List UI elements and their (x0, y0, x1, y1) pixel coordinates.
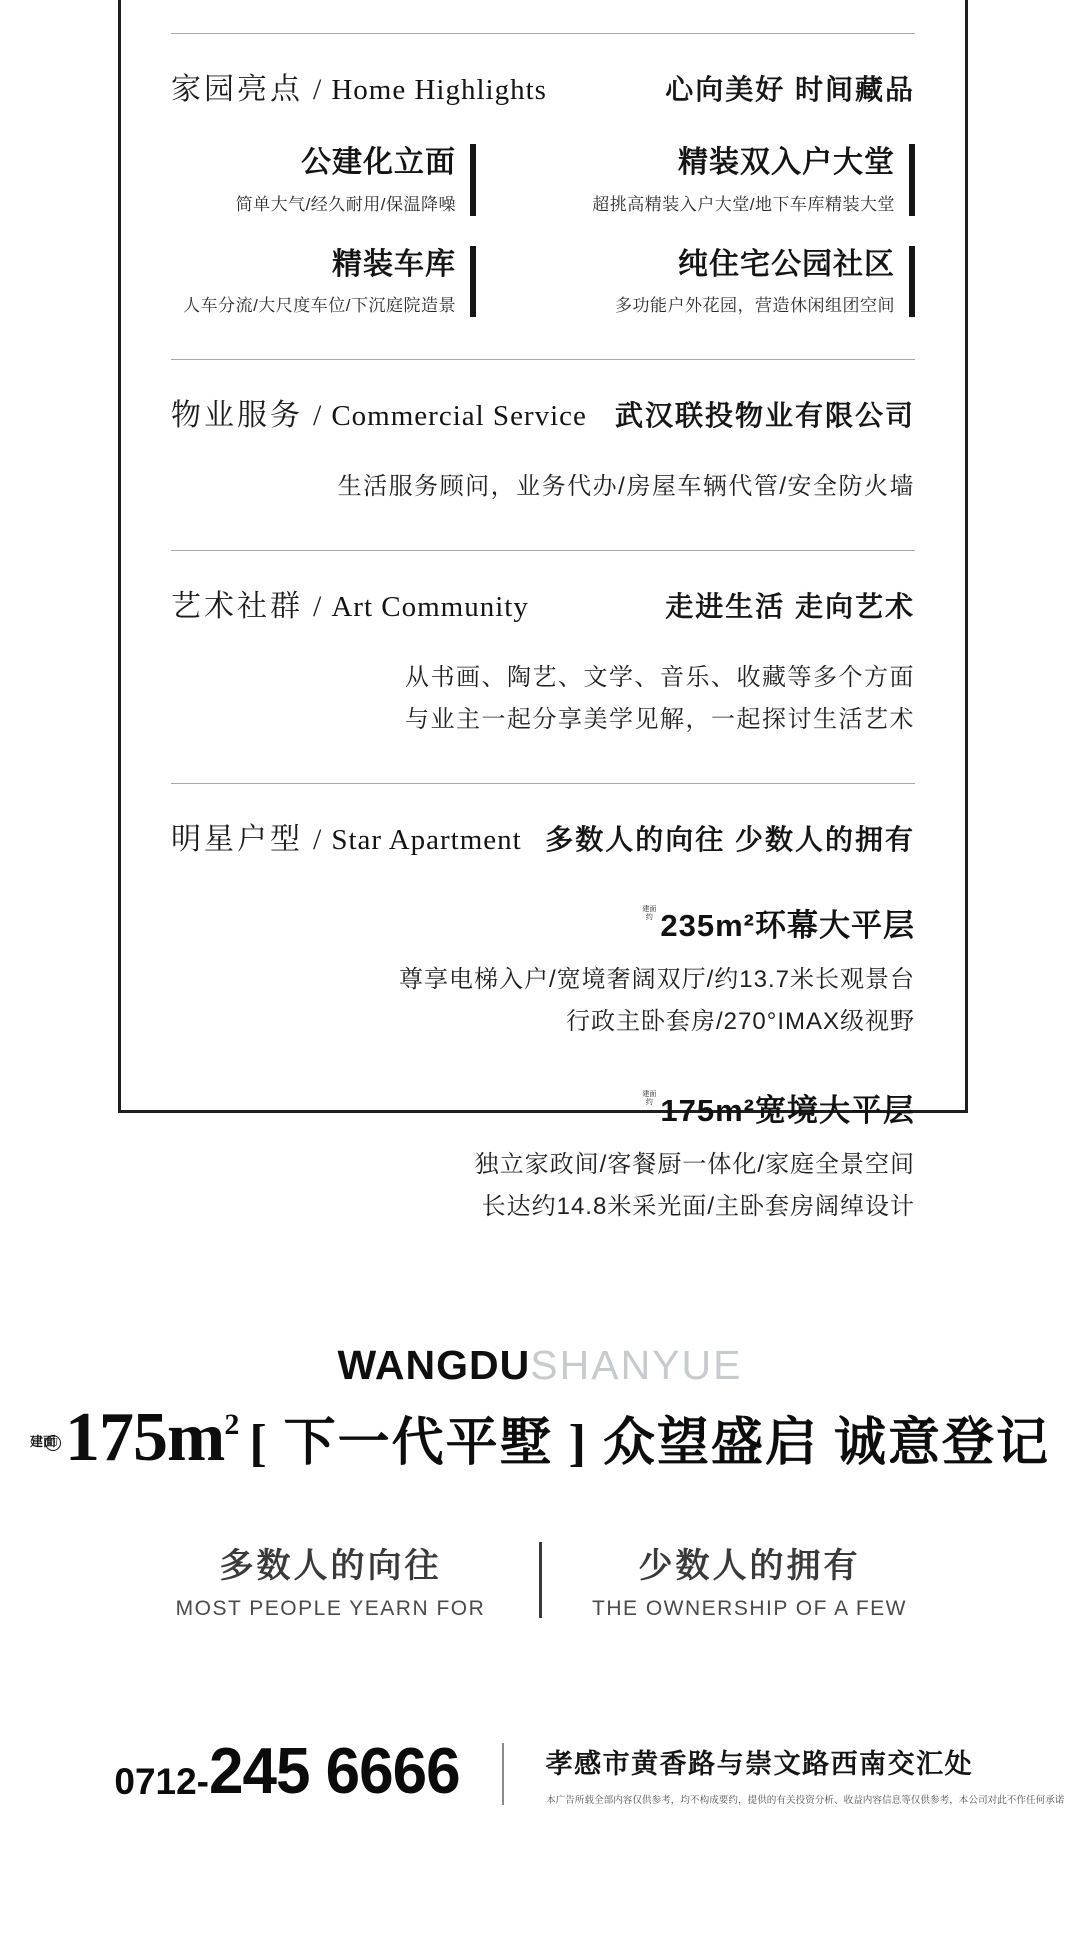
section-label: 艺术社群 / Art Community (171, 581, 529, 625)
art-description: 从书画、陶艺、文学、音乐、收藏等多个方面 与业主一起分享美学见解，一起探讨生活艺… (171, 657, 915, 741)
area-prefix-badge: 建面 约 (30, 1435, 61, 1451)
slogan-right-zh: 少数人的拥有 (590, 1538, 910, 1587)
slash-separator: / (313, 823, 321, 857)
section-header-art-community: 艺术社群 / Art Community 走进生活 走向艺术 (171, 581, 915, 625)
feature-title: 公建化立面 (236, 144, 456, 182)
service-description: 生活服务顾问，业务代办/房屋车辆代管/安全防火墙 (171, 466, 915, 508)
feature-lobby: 精装双入户大堂 超挑高精装入户大堂/地下车库精装大堂 (592, 144, 915, 216)
slash-separator: / (313, 590, 321, 624)
unit-175: 建面约 175m²宽境大平层 独立家政间/客餐厨一体化/家庭全景空间 长达约14… (171, 1083, 915, 1228)
feature-desc: 简单大气/经久耐用/保温降噪 (236, 194, 456, 216)
unit-description: 独立家政间/客餐厨一体化/家庭全景空间 长达约14.8米采光面/主卧套房阔绰设计 (171, 1144, 915, 1228)
section-tagline: 武汉联投物业有限公司 (615, 394, 915, 434)
section-label-en: Commercial Service (331, 400, 587, 433)
feature-title: 纯住宅公园社区 (615, 246, 895, 284)
art-line-2: 与业主一起分享美学见解，一起探讨生活艺术 (171, 699, 915, 741)
feature-desc: 多功能户外花园，营造休闲组团空间 (615, 295, 895, 317)
section-tagline: 心向美好 时间藏品 (665, 68, 915, 108)
dual-slogan: 多数人的向往 MOST PEOPLE YEARN FOR 少数人的拥有 THE … (0, 1538, 1080, 1621)
section-divider (171, 783, 915, 784)
headline-area-superscript: 2 (224, 1408, 239, 1442)
section-divider (171, 359, 915, 360)
headline-slogan: [ 下一代平墅 ] 众望盛启 诚意登记 (249, 1400, 1050, 1475)
section-label: 明星户型 / Star Apartment (171, 814, 522, 858)
slogan-vertical-divider (539, 1542, 542, 1618)
footer-vertical-divider (502, 1743, 504, 1805)
feature-desc: 人车分流/大尺度车位/下沉庭院造景 (183, 295, 456, 317)
section-label-en: Art Community (331, 591, 528, 624)
section-header-star-apartment: 明星户型 / Star Apartment 多数人的向往 少数人的拥有 (171, 814, 915, 858)
section-divider (171, 550, 915, 551)
section-label-zh: 明星户型 (171, 814, 303, 858)
legal-disclaimer: 本广告所载全部内容仅供参考，均不构成要约，提供的有关投资分析、收益内容信息等仅供… (546, 1791, 949, 1805)
brand-logo-primary: WANGDU (338, 1342, 531, 1388)
art-line-1: 从书画、陶艺、文学、音乐、收藏等多个方面 (171, 657, 915, 699)
section-label-en: Star Apartment (331, 824, 521, 857)
unit-235: 建面约 235m²环幕大平层 尊享电梯入户/宽境奢阔双厅/约13.7米长观景台 … (171, 898, 915, 1043)
brand-logo: WANGDUSHANYUE (0, 1342, 1080, 1389)
phone-area-code: 0712- (114, 1761, 209, 1803)
slogan-left-en: MOST PEOPLE YEARN FOR (171, 1597, 491, 1621)
section-tagline: 多数人的向往 少数人的拥有 (545, 818, 915, 858)
slash-separator: / (313, 73, 321, 107)
area-prefix-stacked: 建面 (30, 1435, 44, 1449)
unit-title: 235m²环幕大平层 (660, 900, 915, 945)
campaign-headline: 建面 约 175m 2 [ 下一代平墅 ] 众望盛启 诚意登记 (0, 1398, 1080, 1478)
section-header-commercial-service: 物业服务 / Commercial Service 武汉联投物业有限公司 (171, 390, 915, 434)
unit-title: 175m²宽境大平层 (660, 1085, 915, 1130)
section-label-zh: 物业服务 (171, 390, 303, 434)
slash-separator: / (313, 399, 321, 433)
unit-headline: 建面约 175m²宽境大平层 (641, 1085, 915, 1130)
section-tagline: 走进生活 走向艺术 (665, 585, 915, 625)
unit-description: 尊享电梯入户/宽境奢阔双厅/约13.7米长观景台 行政主卧套房/270°IMAX… (171, 959, 915, 1043)
phone-number: 0712- 245 6666 (114, 1738, 459, 1809)
section-label: 家园亮点 / Home Highlights (171, 64, 547, 108)
unit-headline: 建面约 235m²环幕大平层 (641, 900, 915, 945)
feature-facade: 公建化立面 简单大气/经久耐用/保温降噪 (236, 144, 476, 216)
project-address: 孝感市黄香路与崇文路西南交汇处 (546, 1742, 966, 1781)
section-label-zh: 家园亮点 (171, 64, 303, 108)
footer: 0712- 245 6666 孝感市黄香路与崇文路西南交汇处 本广告所载全部内容… (0, 1738, 1080, 1809)
section-header-home-highlights: 家园亮点 / Home Highlights 心向美好 时间藏品 (171, 64, 915, 108)
slogan-left-zh: 多数人的向往 (171, 1538, 491, 1587)
area-prefix-label: 建面约 (641, 1091, 657, 1107)
unit-line-2: 行政主卧套房/270°IMAX级视野 (171, 1001, 915, 1043)
info-box: 家园亮点 / Home Highlights 心向美好 时间藏品 公建化立面 简… (118, 0, 968, 1113)
headline-area-number: 175m (65, 1398, 224, 1478)
section-label-en: Home Highlights (331, 74, 547, 107)
feature-grid: 公建化立面 简单大气/经久耐用/保温降噪 精装双入户大堂 超挑高精装入户大堂/地… (171, 144, 915, 317)
slogan-right: 少数人的拥有 THE OWNERSHIP OF A FEW (590, 1538, 910, 1621)
feature-garage: 精装车库 人车分流/大尺度车位/下沉庭院造景 (183, 246, 476, 318)
phone-main-number: 245 6666 (209, 1734, 460, 1809)
area-prefix-circled: 约 (45, 1435, 61, 1451)
brand-logo-secondary: SHANYUE (530, 1342, 742, 1388)
unit-line-1: 尊享电梯入户/宽境奢阔双厅/约13.7米长观景台 (171, 959, 915, 1001)
slogan-left: 多数人的向往 MOST PEOPLE YEARN FOR (171, 1538, 491, 1621)
area-prefix-label: 建面约 (641, 906, 657, 922)
feature-title: 精装双入户大堂 (592, 144, 895, 182)
section-label-zh: 艺术社群 (171, 581, 303, 625)
feature-community: 纯住宅公园社区 多功能户外花园，营造休闲组团空间 (615, 246, 915, 318)
footer-right: 孝感市黄香路与崇文路西南交汇处 本广告所载全部内容仅供参考，均不构成要约，提供的… (546, 1742, 966, 1806)
section-label: 物业服务 / Commercial Service (171, 390, 587, 434)
feature-title: 精装车库 (183, 246, 456, 284)
real-estate-poster: 家园亮点 / Home Highlights 心向美好 时间藏品 公建化立面 简… (0, 0, 1080, 1941)
feature-desc: 超挑高精装入户大堂/地下车库精装大堂 (592, 194, 895, 216)
unit-line-1: 独立家政间/客餐厨一体化/家庭全景空间 (171, 1144, 915, 1186)
unit-line-2: 长达约14.8米采光面/主卧套房阔绰设计 (171, 1186, 915, 1228)
section-divider (171, 33, 915, 34)
slogan-right-en: THE OWNERSHIP OF A FEW (590, 1597, 910, 1621)
